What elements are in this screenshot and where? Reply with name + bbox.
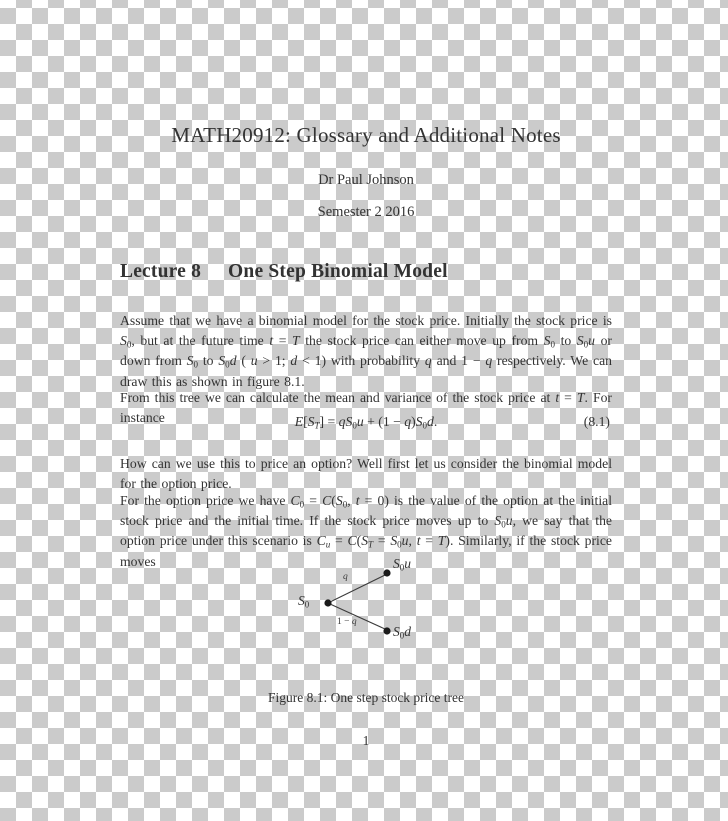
paragraph-option-question: How can we use this to price an option? … [120,454,612,495]
figure-caption: Figure 8.1: One step stock price tree [120,690,612,706]
node-label-s0: S0 [298,593,309,609]
document-page: { "document": { "title": "MATH20912: Glo… [0,0,728,821]
paragraph-intro: Assume that we have a binomial model for… [120,311,612,392]
page-number: 1 [120,733,612,749]
section-heading: Lecture 8One Step Binomial Model [120,261,448,283]
node-label-s0u: S0u [393,556,411,572]
section-number: Lecture 8 [120,261,201,282]
tree-node-up [383,569,390,576]
equation-body: E[ST] = qS0u + (1 − q)S0d. [295,414,438,429]
author-line: Dr Paul Johnson [120,172,612,189]
tree-node-down [383,627,390,634]
tree-node-root [324,599,331,606]
equation-row: E[ST] = qS0u + (1 − q)S0d. (8.1) [120,414,612,430]
date-line: Semester 2 2016 [120,204,612,221]
equation-number: (8.1) [584,414,610,430]
section-title: One Step Binomial Model [228,261,448,282]
node-label-s0d: S0d [393,624,411,640]
text-column: MATH20912: Glossary and Additional Notes… [120,0,612,821]
tree-edge-up [330,575,385,602]
edge-label-q: q [343,572,348,582]
edge-label-one-minus-q: 1 − q [337,617,357,627]
document-title: MATH20912: Glossary and Additional Notes [120,123,612,148]
